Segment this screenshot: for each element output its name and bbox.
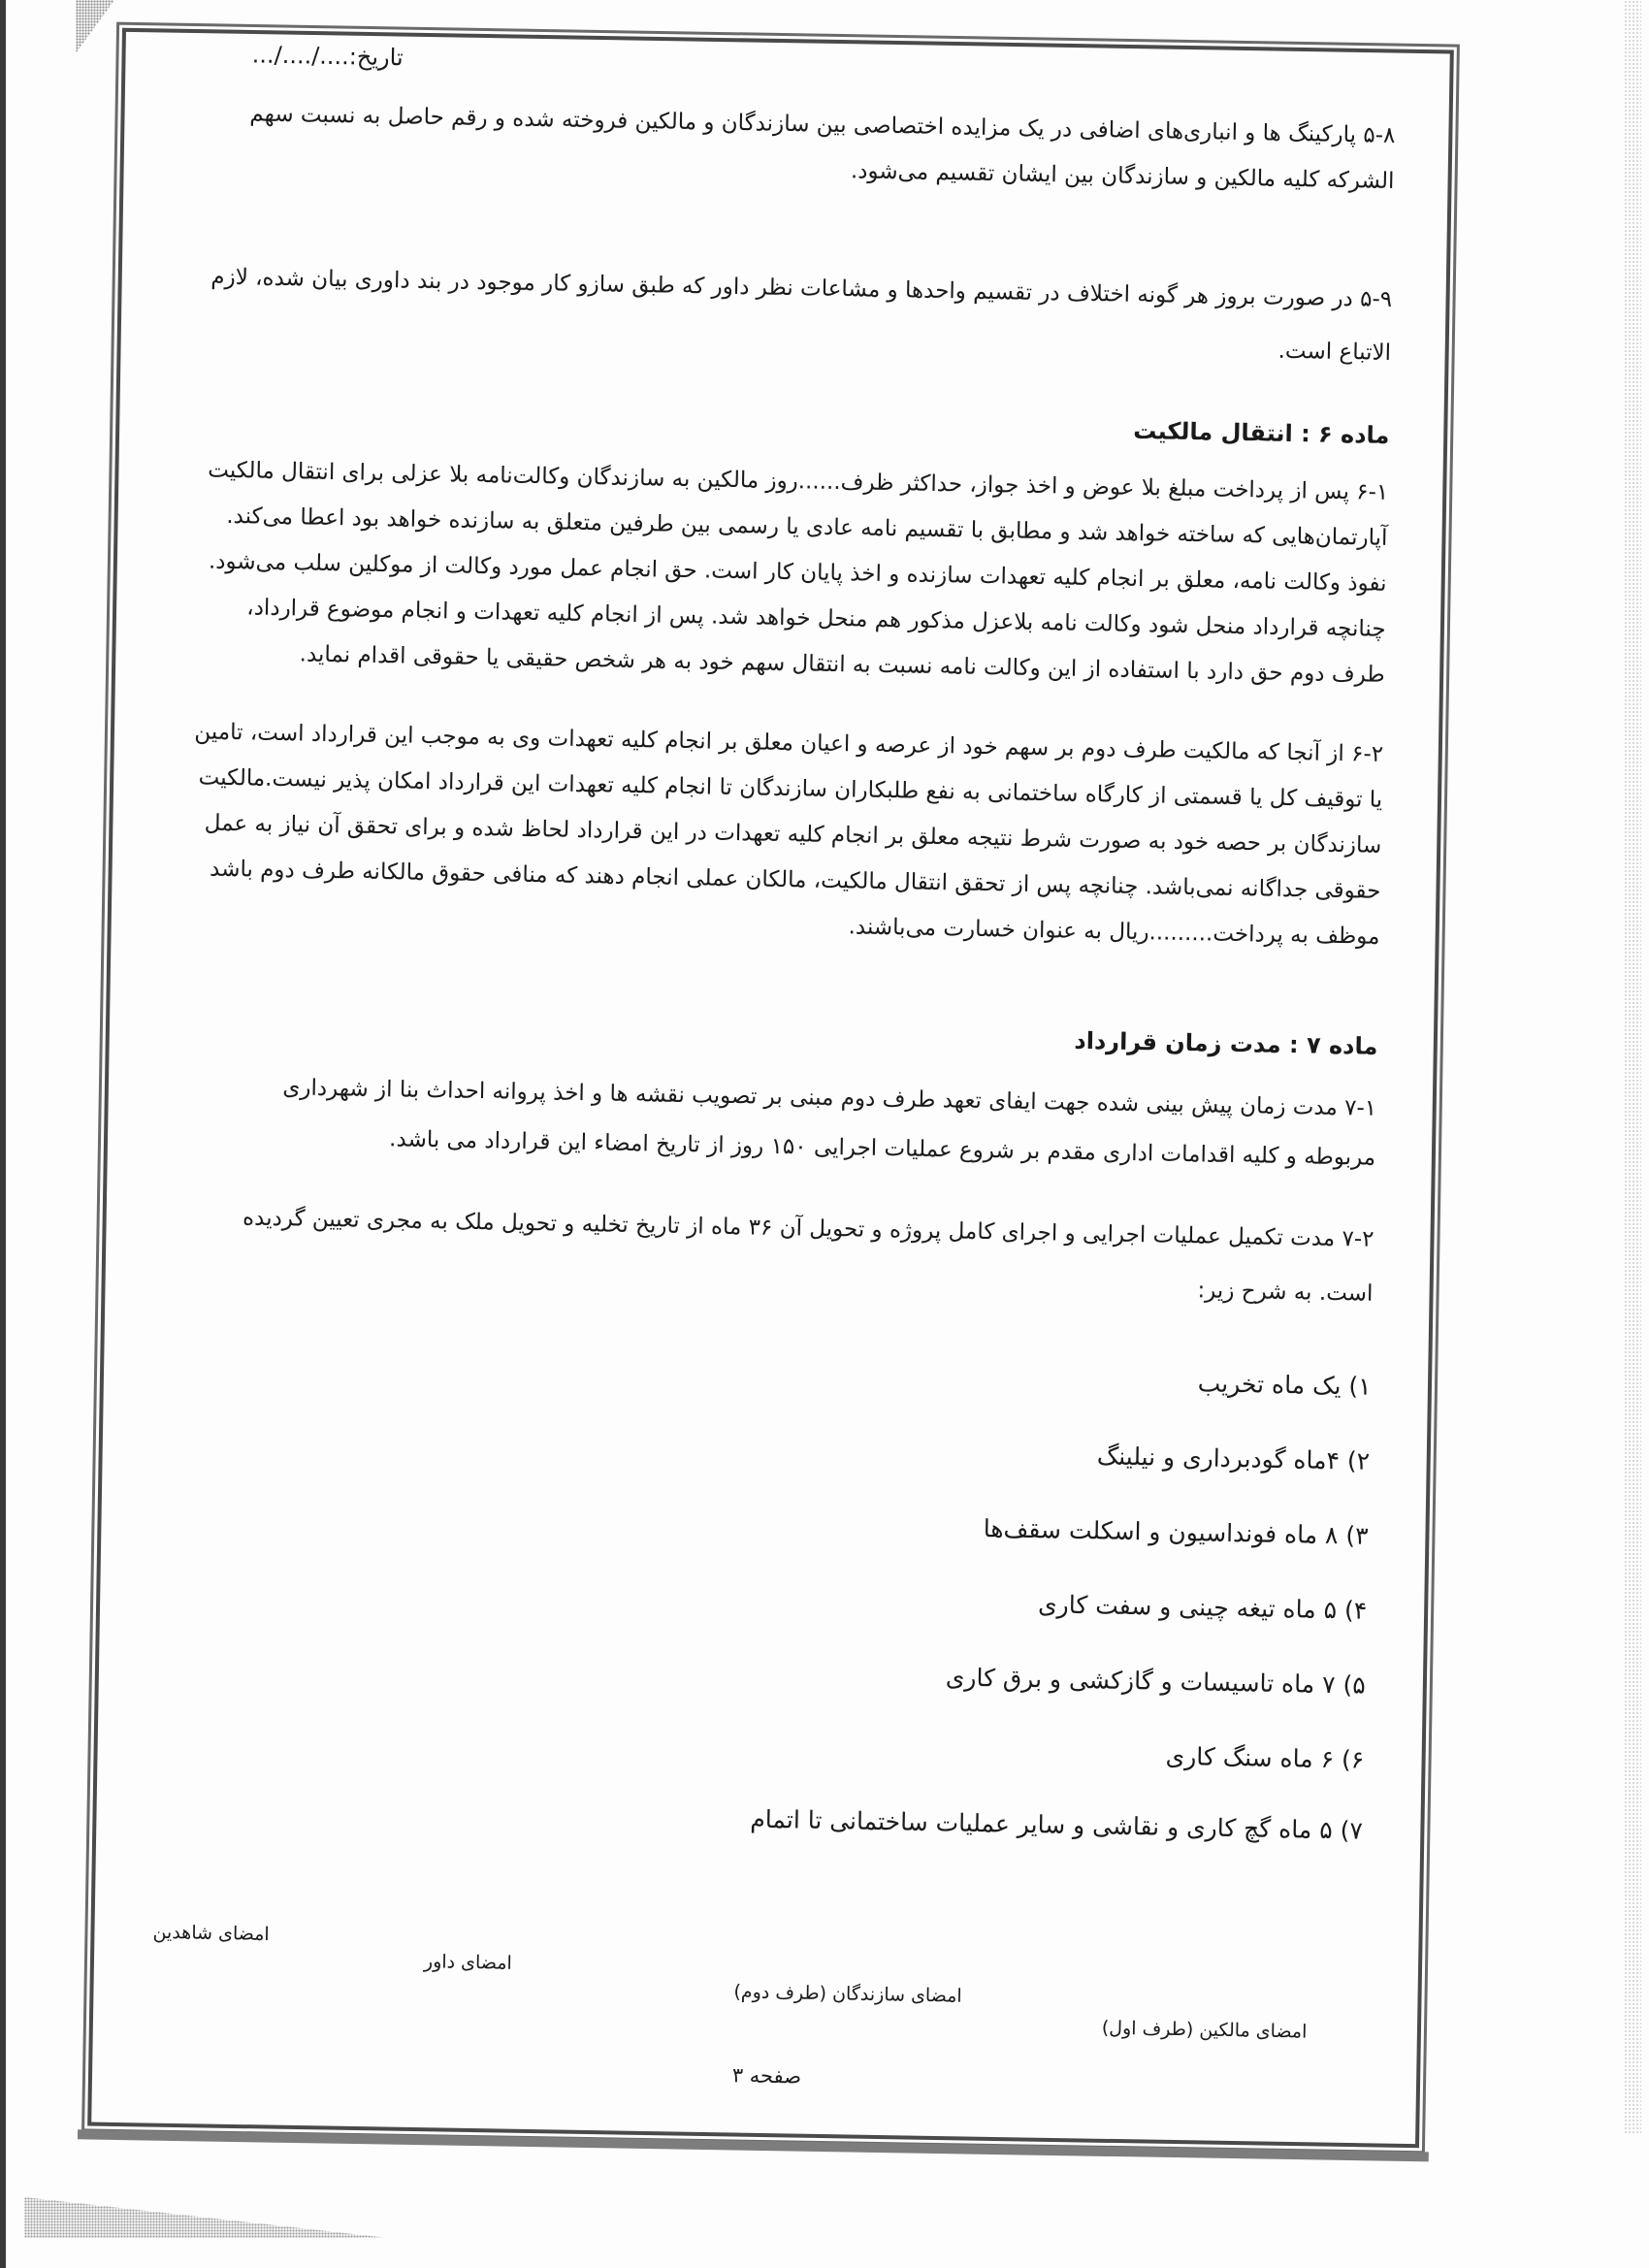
schedule-item-foundation: ۳) ۸ ماه فونداسیون و اسکلت سقف‌ها: [983, 1514, 1368, 1550]
signature-witnesses: امضای شاهدین: [152, 1922, 269, 1945]
page-number: صفحه ۳: [732, 2063, 802, 2088]
date-value: ..../..../...: [251, 41, 349, 70]
schedule-item-excavation: ۲) ۴ماه گودبرداری و نیلینگ: [1097, 1442, 1371, 1474]
clause-6-2: ۶-۲ از آنجا که مالکیت طرف دوم بر سهم خود…: [152, 709, 1383, 960]
date-field: تاریخ:..../..../...: [251, 41, 403, 71]
clause-6-1: ۶-۱ پس از پرداخت مبلغ بلا عوض و اخذ جواز…: [157, 447, 1388, 698]
article-6-title: ماده ۶ : انتقال مالکیت: [1133, 417, 1390, 449]
schedule-item-plaster-paint: ۷) ۵ ماه گچ کاری و نقاشی و سایر عملیات س…: [750, 1805, 1363, 1845]
schedule-item-stonework: ۶) ۶ ماه سنگ کاری: [1165, 1742, 1364, 1774]
document-page: تاریخ:..../..../... ۵-۸ پارکینگ ها و انب…: [131, 30, 1397, 2090]
signature-owners: امضای مالکین (طرف اول): [1102, 2018, 1308, 2043]
signature-arbitrator: امضای داور: [424, 1951, 512, 1974]
schedule-item-installations: ۵) ۷ ماه تاسیسات و گازکشی و برق کاری: [946, 1663, 1366, 1699]
scan-noise-right: [1624, 0, 1641, 2134]
schedule-item-demolition: ۱) یک ماه تخریب: [1197, 1369, 1371, 1400]
scan-corner-shadow: [76, 0, 114, 53]
scan-bottom-shadow: [24, 2197, 388, 2238]
clause-5-8: ۵-۸ پارکینگ ها و انباری‌های اضافی در یک …: [167, 90, 1396, 205]
schedule-item-masonry: ۴) ۵ ماه تیغه چینی و سفت کاری: [1038, 1590, 1368, 1625]
scan-edge-strip: [0, 0, 6, 2268]
clause-5-9: ۵-۹ در صورت بروز هر گونه اختلاف در تقسیم…: [164, 245, 1393, 376]
clause-7-1: ۷-۱ مدت زمان پیش بینی شده جهت ایفای تعهد…: [148, 1058, 1377, 1182]
clause-7-2: ۷-۲ مدت تکمیل عملیات اجرایی و اجرای کامل…: [145, 1183, 1374, 1316]
article-7-title: ماده ۷ : مدت زمان قرارداد: [1074, 1027, 1377, 1060]
date-label: تاریخ:: [349, 43, 404, 71]
signature-builders: امضای سازندگان (طرف دوم): [733, 1981, 962, 2007]
